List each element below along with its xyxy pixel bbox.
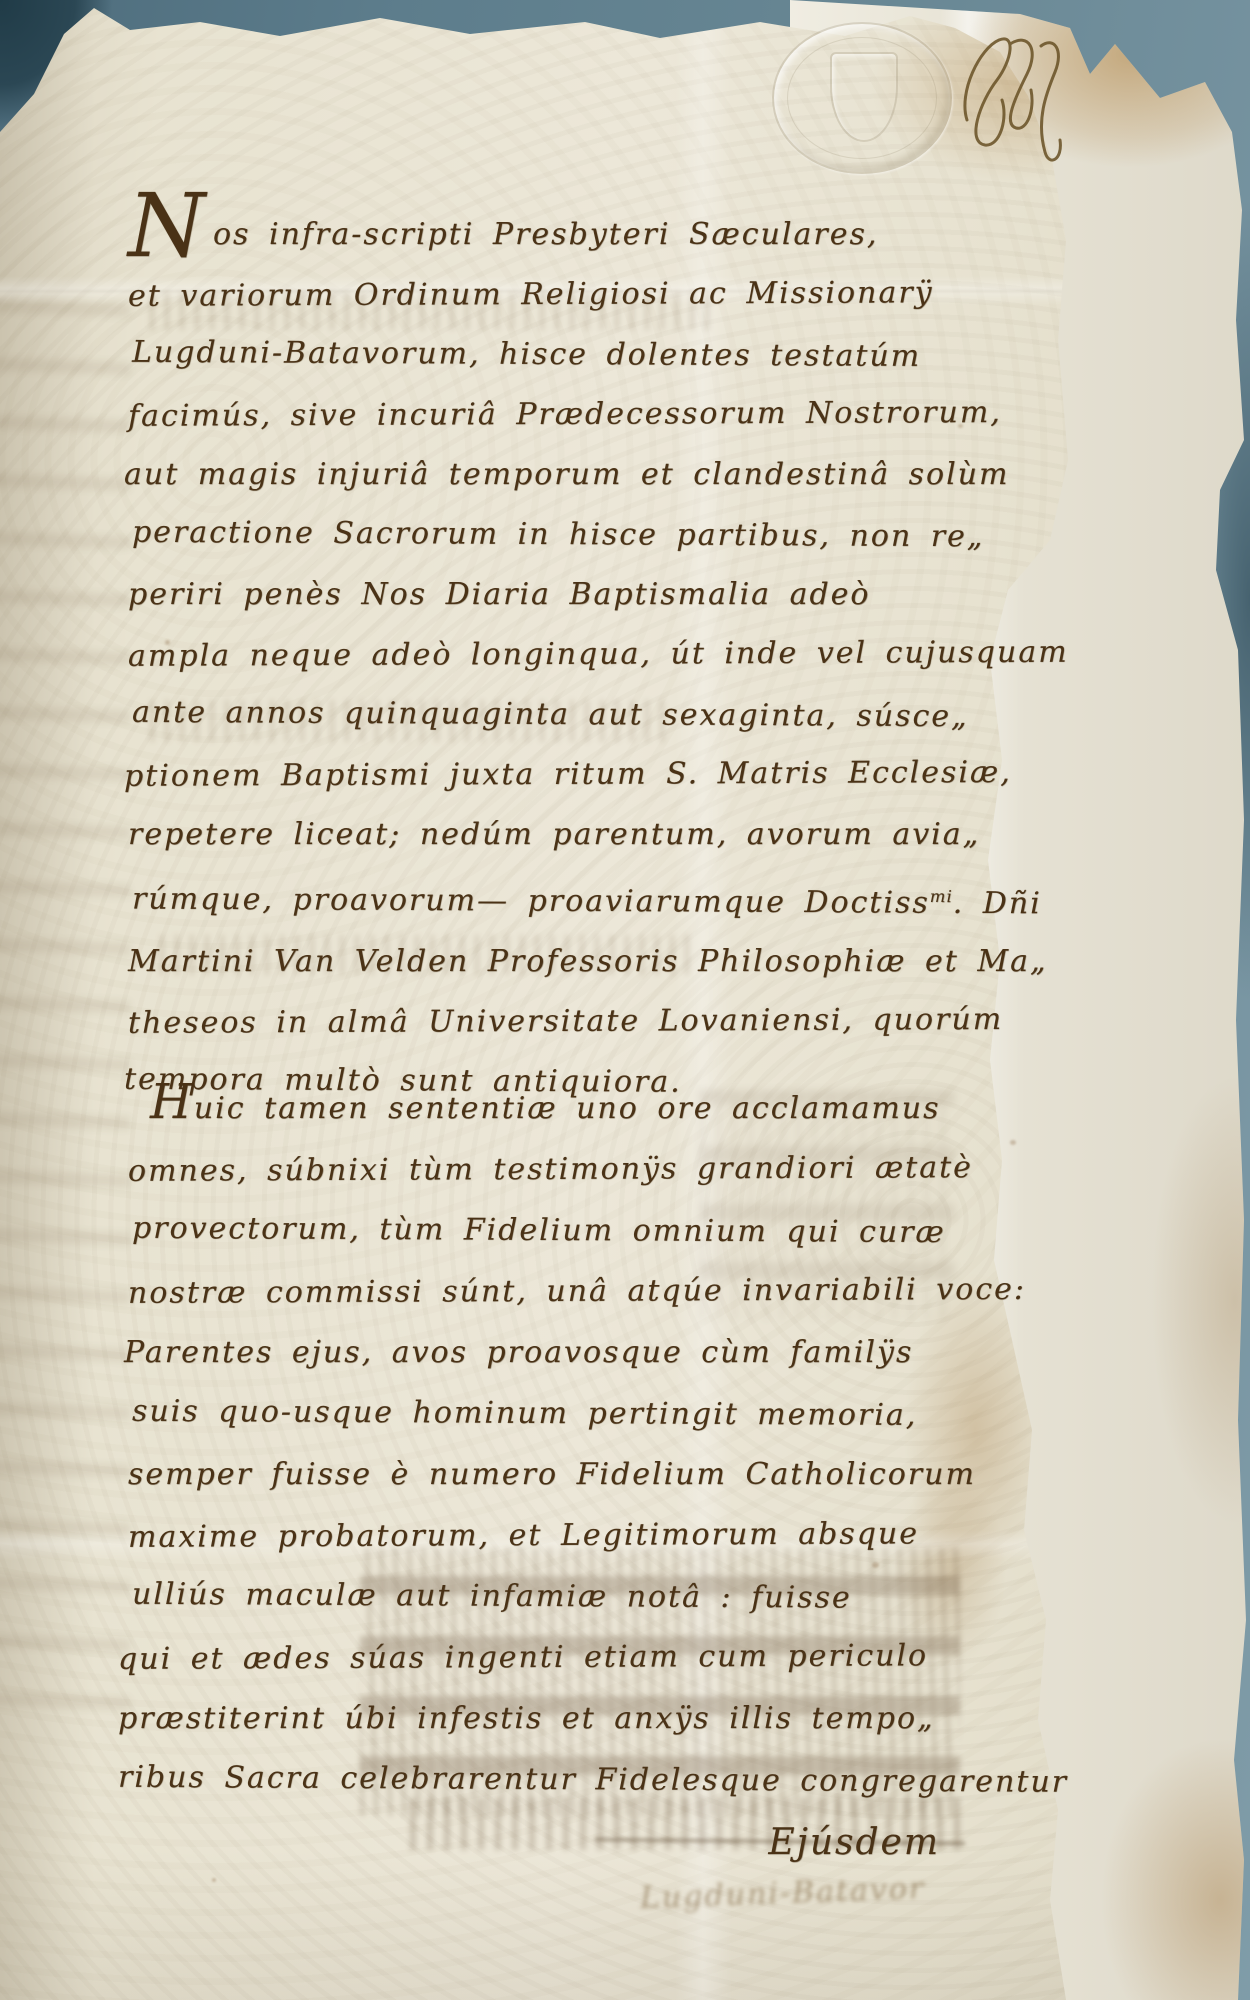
foxing-speck — [212, 1878, 216, 1882]
manuscript-line: omnes, súbnixi tùm testimonÿs grandiori … — [128, 1137, 968, 1202]
manuscript-line: semper fuisse è numero Fidelium Catholic… — [128, 1444, 968, 1505]
manuscript-paragraph-1: Nos infra-scripti Presbyteri Sæculares,e… — [128, 205, 968, 1112]
manuscript-line: rúmque, proavorum— proaviarumque Doctiss… — [132, 863, 968, 934]
manuscript-paragraph-2: Huic tamen sententiæ uno ore acclamamuso… — [128, 1078, 968, 1810]
manuscript-line: ribus Sacra celebrarentur Fidelesque con… — [118, 1747, 968, 1812]
manuscript-line: Nos infra-scripti Presbyteri Sæculares, — [128, 205, 968, 265]
manuscript-line: suis quo-usque hominum pertingit memoria… — [132, 1381, 968, 1446]
manuscript-line: repetere liceat; nedúm parentum, avorum … — [128, 805, 968, 865]
manuscript-line: ulliús maculæ aut infamiæ notâ : fuisse — [132, 1564, 968, 1629]
manuscript-line: ante annos quinquaginta aut sexaginta, s… — [132, 683, 968, 747]
manuscript-line: et variorum Ordinum Religiosi ac Mission… — [128, 263, 968, 327]
manuscript-line: Huic tamen sententiæ uno ore acclamamus — [128, 1078, 968, 1139]
manuscript-line: maxime probatorum, et Legitimorum absque — [128, 1503, 968, 1568]
manuscript-line: qui et ædes súas ingenti etiam cum peric… — [118, 1625, 968, 1690]
manuscript-line: provectorum, tùm Fidelium omnium qui cur… — [132, 1198, 968, 1263]
foxing-speck — [1010, 1140, 1016, 1145]
paraph-flourish-icon — [942, 22, 1102, 182]
manuscript-line: præstiterint úbi infestis et anxÿs illis… — [118, 1688, 968, 1749]
manuscript-line: nostræ commissi súnt, unâ atqúe invariab… — [128, 1259, 968, 1324]
manuscript-line: Parentes ejus, avos proavosque cùm famil… — [124, 1322, 968, 1383]
embossed-seal-icon — [772, 22, 952, 174]
manuscript-line: ampla neque adeò longinqua, út inde vel … — [128, 623, 968, 687]
manuscript-line: aut magis injuriâ temporum et clandestin… — [124, 445, 968, 505]
manuscript-line: ptionem Baptismi juxta ritum S. Matris E… — [124, 743, 968, 807]
manuscript-line: Lugduni-Batavorum, hisce dolentes testat… — [132, 323, 968, 387]
manuscript-line: facimús, sive incuriâ Prædecessorum Nost… — [128, 383, 968, 447]
closing-word: Ejúsdem — [560, 1822, 940, 1863]
manuscript-line: peractione Sacrorum in hisce partibus, n… — [132, 503, 968, 567]
photographed-manuscript-page: Lugduni-Batavor Nos infra-scripti Presby… — [0, 0, 1250, 2000]
manuscript-line: Martini Van Velden Professoris Philosoph… — [128, 932, 968, 992]
manuscript-line: periri penès Nos Diaria Baptismalia adeò — [128, 565, 968, 625]
manuscript-line: theseos in almâ Universitate Lovaniensi,… — [128, 990, 968, 1054]
